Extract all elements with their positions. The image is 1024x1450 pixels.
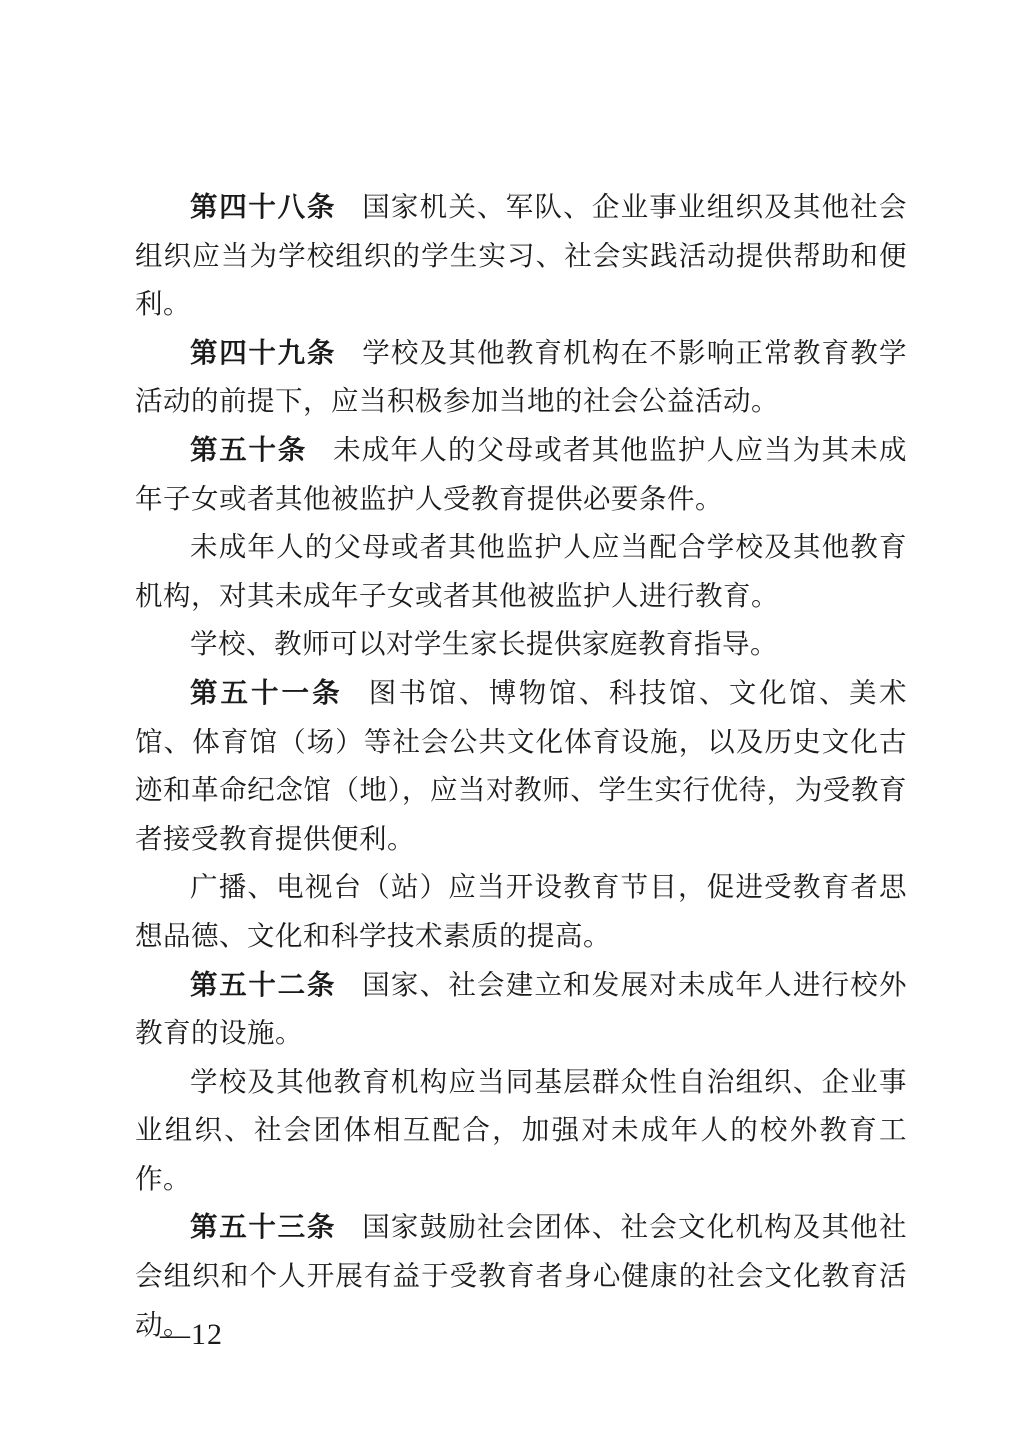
article-number: 第五十条	[190, 434, 307, 465]
article-number: 第五十一条	[190, 677, 343, 708]
paragraph-article-50-clause-3: 学校、教师可以对学生家长提供家庭教育指导。	[135, 620, 907, 669]
paragraph-article-52-clause-2: 学校及其他教育机构应当同基层群众性自治组织、企业事业组织、社会团体相互配合，加强…	[135, 1058, 907, 1204]
paragraph-article-53: 第五十三条国家鼓励社会团体、社会文化机构及其他社会组织和个人开展有益于受教育者身…	[135, 1203, 907, 1349]
page-number: —12	[160, 1318, 223, 1352]
paragraph-text: 学校、教师可以对学生家长提供家庭教育指导。	[190, 628, 778, 659]
paragraph-article-49: 第四十九条学校及其他教育机构在不影响正常教育教学活动的前提下，应当积极参加当地的…	[135, 329, 907, 426]
article-number: 第五十三条	[190, 1211, 336, 1242]
document-body: 第四十八条国家机关、军队、企业事业组织及其他社会组织应当为学校组织的学生实习、社…	[135, 183, 907, 1349]
paragraph-text: 学校及其他教育机构应当同基层群众性自治组织、企业事业组织、社会团体相互配合，加强…	[135, 1066, 907, 1194]
paragraph-article-48: 第四十八条国家机关、军队、企业事业组织及其他社会组织应当为学校组织的学生实习、社…	[135, 183, 907, 329]
paragraph-article-51: 第五十一条图书馆、博物馆、科技馆、文化馆、美术馆、体育馆（场）等社会公共文化体育…	[135, 669, 907, 863]
paragraph-article-50-clause-2: 未成年人的父母或者其他监护人应当配合学校及其他教育机构，对其未成年子女或者其他被…	[135, 523, 907, 620]
paragraph-article-52: 第五十二条国家、社会建立和发展对未成年人进行校外教育的设施。	[135, 961, 907, 1058]
paragraph-text: 未成年人的父母或者其他监护人应当配合学校及其他教育机构，对其未成年子女或者其他被…	[135, 531, 907, 611]
document-page: 第四十八条国家机关、军队、企业事业组织及其他社会组织应当为学校组织的学生实习、社…	[0, 0, 1024, 1450]
paragraph-article-50: 第五十条未成年人的父母或者其他监护人应当为其未成年子女或者其他被监护人受教育提供…	[135, 426, 907, 523]
paragraph-article-51-clause-2: 广播、电视台（站）应当开设教育节目，促进受教育者思想品德、文化和科学技术素质的提…	[135, 863, 907, 960]
article-number: 第四十八条	[190, 191, 336, 222]
article-number: 第四十九条	[190, 337, 336, 368]
article-number: 第五十二条	[190, 969, 336, 1000]
paragraph-text: 广播、电视台（站）应当开设教育节目，促进受教育者思想品德、文化和科学技术素质的提…	[135, 871, 907, 951]
